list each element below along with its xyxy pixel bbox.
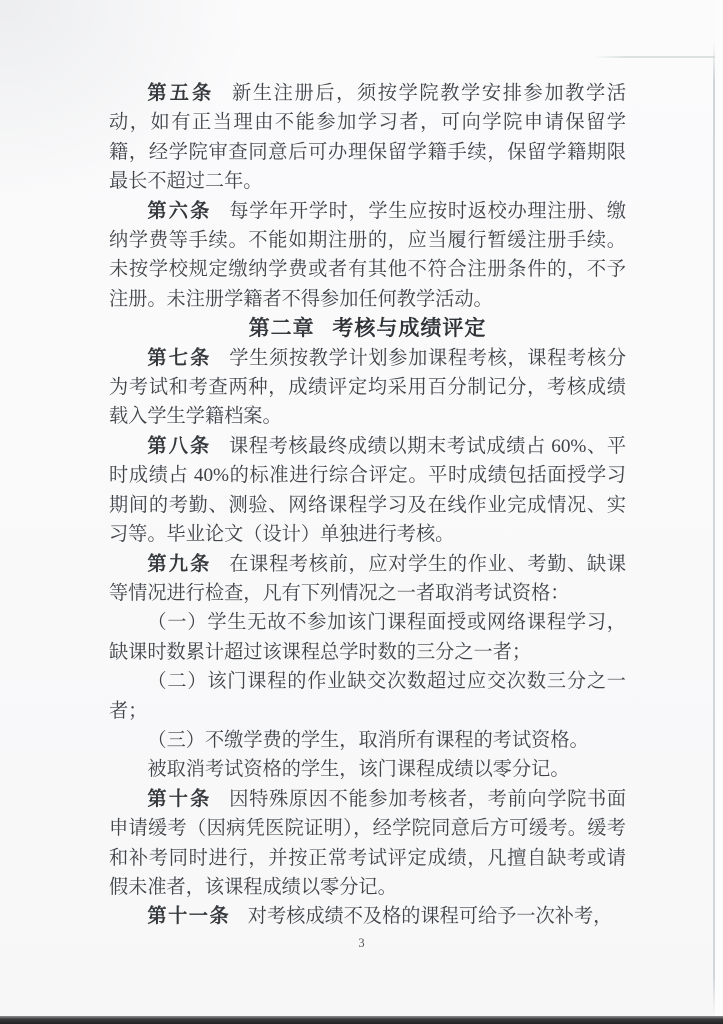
paragraph-text: （一）学生无故不参加该门课程面授或网络课程学习，缺课时数累计超过该课程总学时数的… bbox=[109, 612, 626, 662]
paragraph: 第七条学生须按教学计划参加课程考核，课程考核分为考试和考查两种，成绩评定均采用百… bbox=[109, 344, 626, 432]
scan-artifact-top-line bbox=[594, 56, 723, 58]
paragraph: 第十条因特殊原因不能参加考核者，考前向学院书面申请缓考（因病凭医院证明），经学院… bbox=[109, 785, 626, 903]
article-number-label: 第二章 bbox=[249, 317, 315, 340]
article-number-label: 第六条 bbox=[147, 201, 211, 222]
paragraph: （三）不缴学费的学生，取消所有课程的考试资格。 bbox=[109, 726, 626, 755]
article-number-label: 第五条 bbox=[147, 83, 214, 104]
paragraph-text: （三）不缴学费的学生，取消所有课程的考试资格。 bbox=[147, 730, 588, 751]
paragraph: 第六条每学年开学时，学生应按时返校办理注册、缴纳学费等手续。不能如期注册的，应当… bbox=[109, 197, 626, 315]
paragraph: 第九条在课程考核前，应对学生的作业、考勤、缺课等情况进行检查，凡有下列情况之一者… bbox=[109, 550, 626, 609]
page-number: 3 bbox=[0, 936, 723, 951]
paragraph: 第八条课程考核最终成绩以期末考试成绩占 60%、平时成绩占 40%的标准进行综合… bbox=[109, 432, 626, 550]
article-number-label: 第八条 bbox=[147, 436, 211, 457]
paragraph-text: 考核与成绩评定 bbox=[332, 317, 486, 340]
article-number-label: 第七条 bbox=[147, 348, 211, 369]
article-number-label: 第十一条 bbox=[147, 906, 230, 927]
scan-right-margin bbox=[715, 0, 723, 1016]
paragraph-text: 对考核成绩不及格的课程可给予一次补考， bbox=[248, 906, 613, 927]
document-body: 第五条新生注册后，须按学院教学安排参加教学活动，如有正当理由不能参加学习者，可向… bbox=[109, 79, 626, 932]
scan-bottom-edge bbox=[0, 1016, 723, 1024]
paragraph: （二）该门课程的作业缺交次数超过应交次数三分之一者； bbox=[109, 667, 626, 726]
scan-page-edge-line bbox=[713, 42, 715, 1014]
paragraph: 第十一条对考核成绩不及格的课程可给予一次补考， bbox=[109, 902, 626, 931]
paragraph: 第二章考核与成绩评定 bbox=[109, 314, 626, 343]
paragraph: 被取消考试资格的学生，该门课程成绩以零分记。 bbox=[109, 755, 626, 784]
paragraph-text: 被取消考试资格的学生，该门课程成绩以零分记。 bbox=[147, 759, 569, 780]
scanned-document-page: 第五条新生注册后，须按学院教学安排参加教学活动，如有正当理由不能参加学习者，可向… bbox=[0, 0, 723, 1024]
article-number-label: 第十条 bbox=[147, 789, 211, 810]
paragraph: 第五条新生注册后，须按学院教学安排参加教学活动，如有正当理由不能参加学习者，可向… bbox=[109, 79, 626, 197]
paragraph: （一）学生无故不参加该门课程面授或网络课程学习，缺课时数累计超过该课程总学时数的… bbox=[109, 608, 626, 667]
article-number-label: 第九条 bbox=[147, 554, 211, 575]
paragraph-text: （二）该门课程的作业缺交次数超过应交次数三分之一者； bbox=[109, 671, 626, 721]
